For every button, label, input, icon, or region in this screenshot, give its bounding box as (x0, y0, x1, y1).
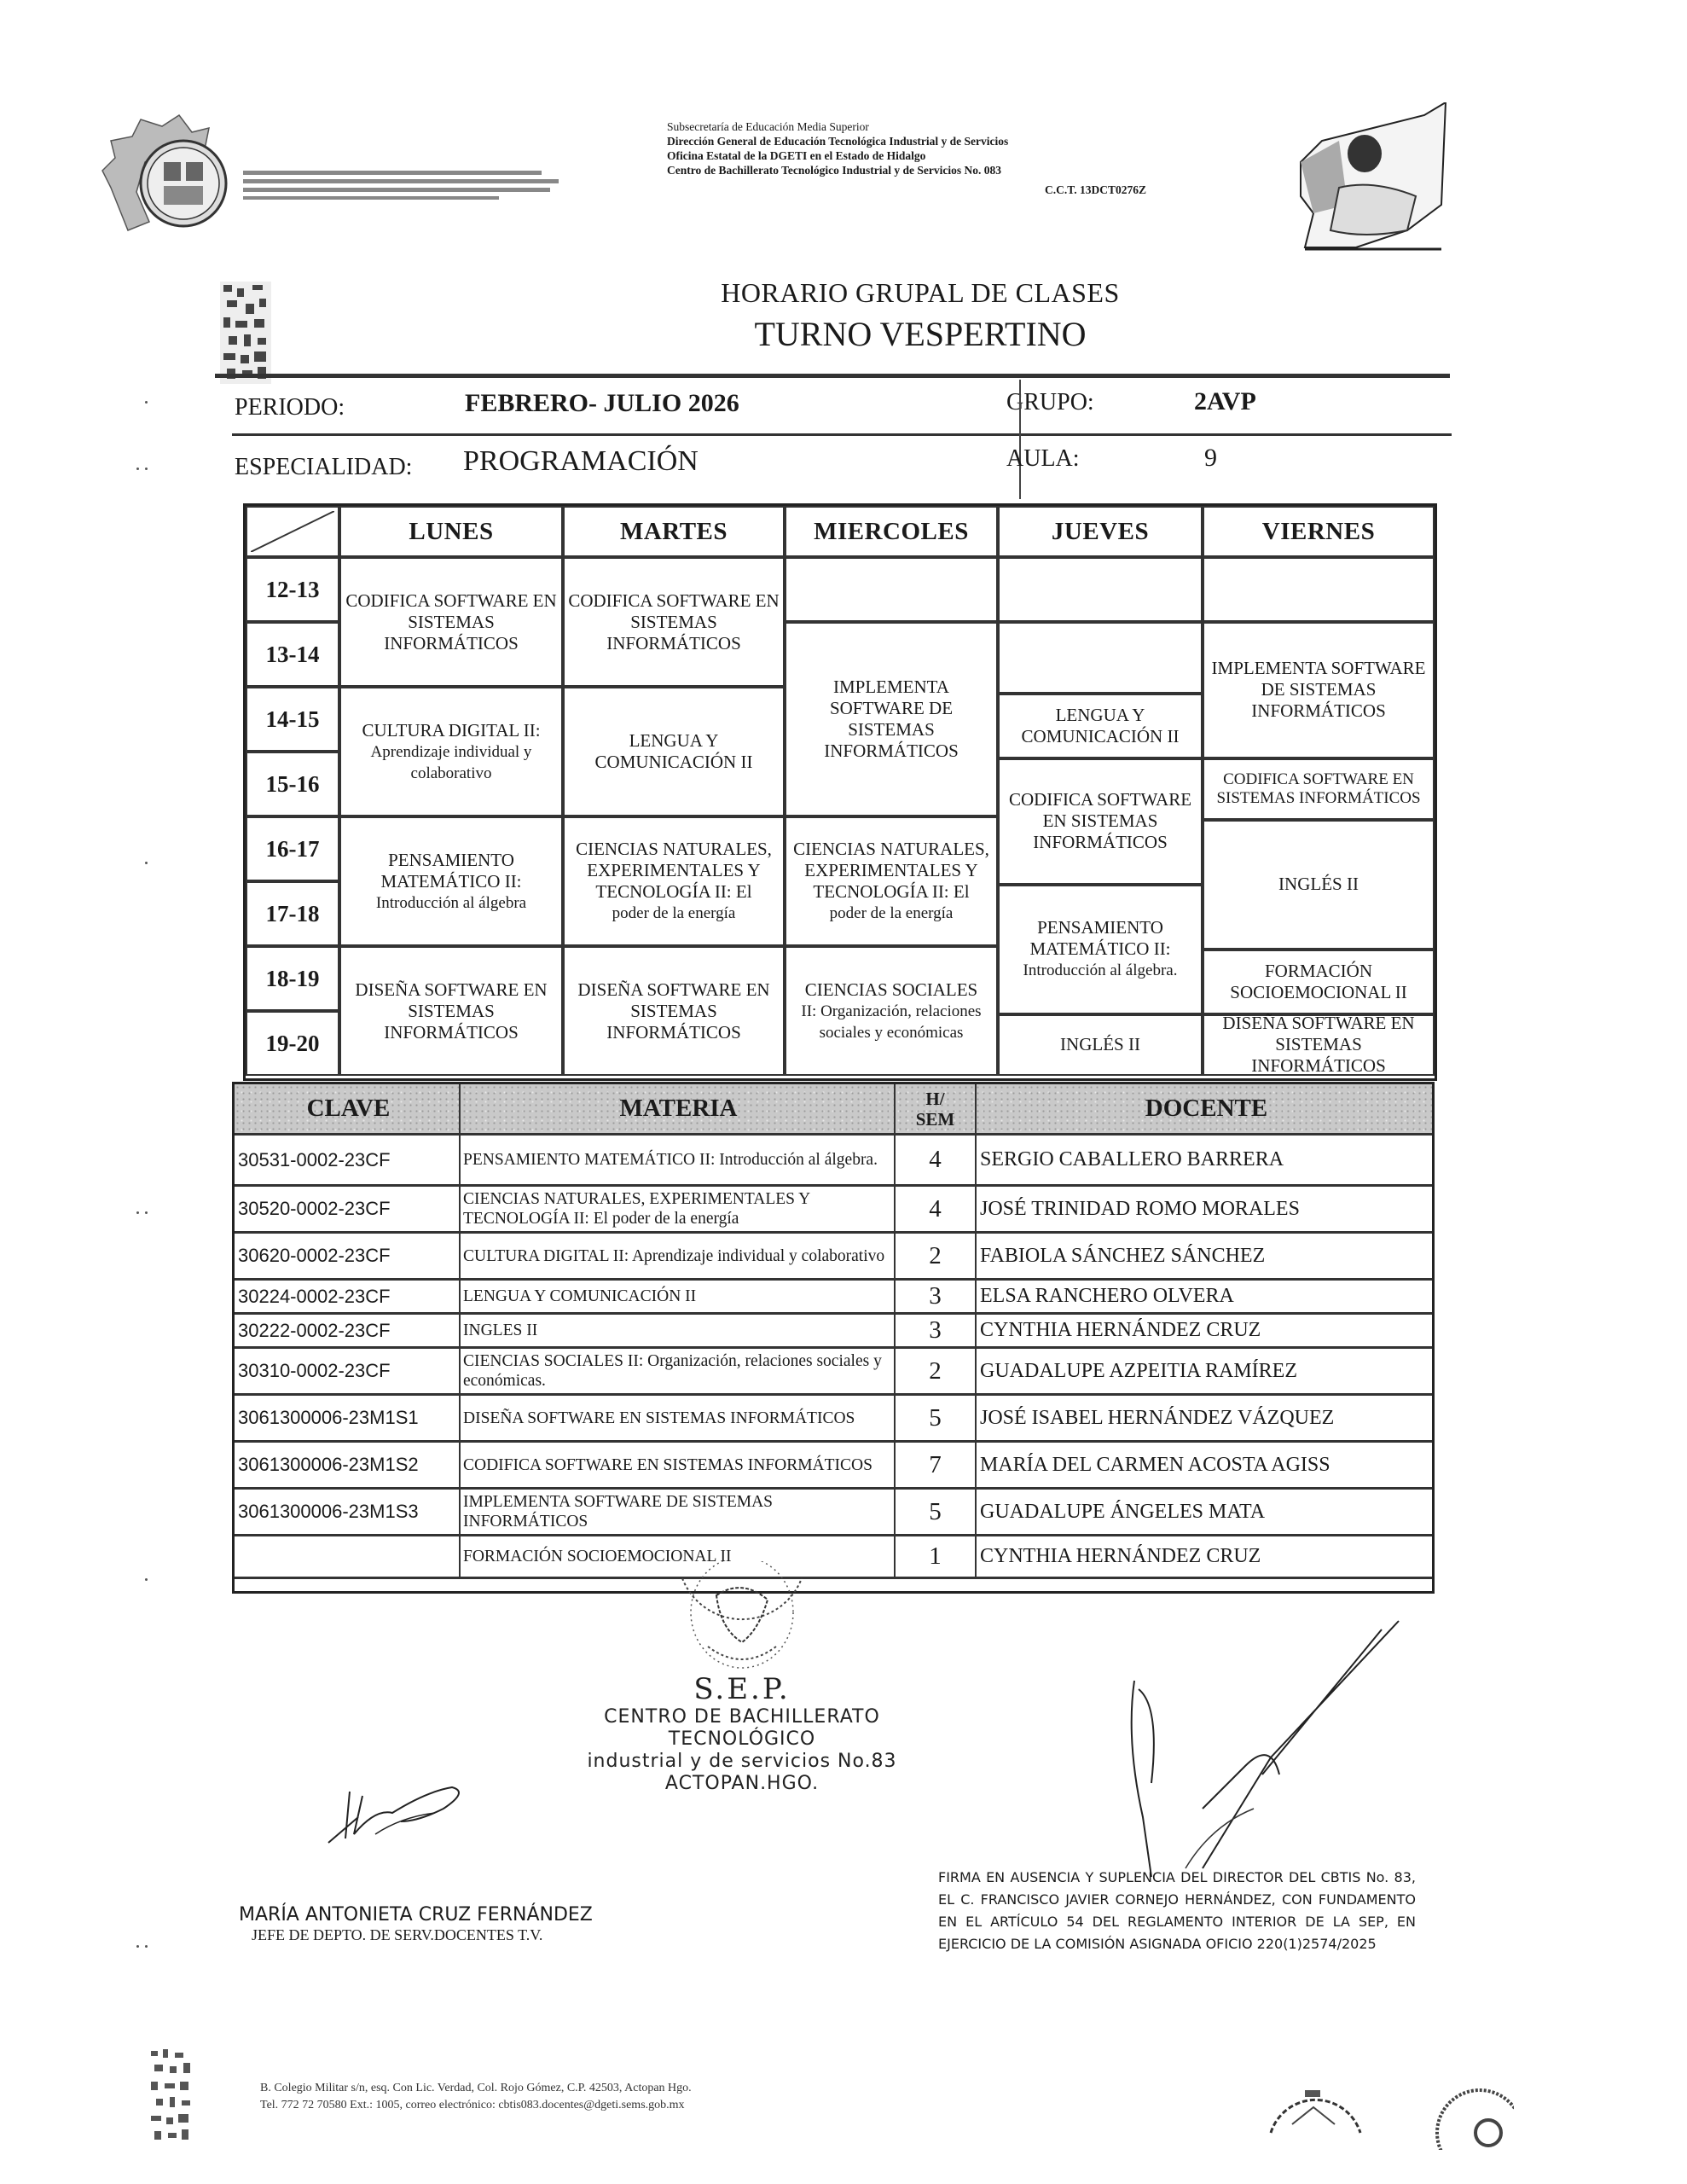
cbtis-gear-logo-icon (94, 111, 571, 239)
header-line: Oficina Estatal de la DGETI en el Estado… (667, 148, 1196, 163)
column-header-clave: CLAVE (235, 1084, 461, 1133)
info-divider (232, 433, 1452, 436)
cell-clave: 3061300006-23M1S1 (235, 1396, 461, 1440)
class-block-title: DISEÑA SOFTWARE EN SISTEMAS INFORMÁTICOS (1208, 1013, 1429, 1077)
footer-contact-line: Tel. 772 72 70580 Ext.: 1005, correo ele… (260, 2097, 692, 2114)
time-slot-label: 14-15 (246, 687, 339, 752)
stamp-line: ACTOPAN.HGO. (546, 1773, 938, 1795)
class-block: CIENCIAS NATURALES, EXPERIMENTALES Y TEC… (563, 816, 785, 946)
class-block-subtitle: II: Organización, relaciones sociales y … (790, 1001, 993, 1043)
table-row: 30620-0002-23CFCULTURA DIGITAL II: Apren… (235, 1234, 1432, 1281)
class-block: DISEÑA SOFTWARE EN SISTEMAS INFORMÁTICOS (1203, 1014, 1435, 1076)
cell-docente: CYNTHIA HERNÁNDEZ CRUZ (977, 1536, 1433, 1577)
flag-figure-logo-icon (1279, 102, 1450, 256)
class-block-title: CULTURA DIGITAL II: (345, 720, 558, 741)
table-row: 30224-0002-23CFLENGUA Y COMUNICACIÓN II3… (235, 1281, 1432, 1315)
header-line: Dirección General de Educación Tecnológi… (667, 134, 1196, 148)
cell-clave: 30520-0002-23CF (235, 1187, 461, 1231)
class-block-title: CODIFICA SOFTWARE EN SISTEMAS INFORMÁTIC… (345, 590, 558, 654)
cell-hsem: 4 (896, 1136, 977, 1184)
footer-address: B. Colegio Militar s/n, esq. Con Lic. Ve… (260, 2080, 692, 2097)
schedule-grid: LUNESMARTESMIERCOLESJUEVESVIERNES12-1313… (243, 503, 1437, 1081)
day-header-viernes: VIERNES (1203, 506, 1435, 557)
class-block-title: FORMACIÓN SOCIOEMOCIONAL II (1208, 961, 1429, 1003)
cell-hsem: 4 (896, 1187, 977, 1231)
class-block-title: PENSAMIENTO MATEMÁTICO II: (345, 850, 558, 892)
cell-clave: 30531-0002-23CF (235, 1136, 461, 1184)
cell-hsem: 2 (896, 1234, 977, 1278)
document-subtitle: TURNO VESPERTINO (0, 314, 1687, 354)
institution-header: Subsecretaría de Educación Media Superio… (667, 119, 1196, 177)
class-block-title: INGLÉS II (1060, 1034, 1140, 1055)
table-row: 3061300006-23M1S1DISEÑA SOFTWARE EN SIST… (235, 1396, 1432, 1443)
footer-contact: B. Colegio Militar s/n, esq. Con Lic. Ve… (260, 2080, 692, 2114)
grupo-value: 2AVP (1194, 387, 1256, 416)
time-slot-label: 19-20 (246, 1011, 339, 1076)
time-slot-label: 16-17 (246, 816, 339, 881)
class-block: CIENCIAS NATURALES, EXPERIMENTALES Y TEC… (785, 816, 998, 946)
especialidad-label: ESPECIALIDAD: (235, 454, 412, 481)
cell-hsem: 1 (896, 1536, 977, 1577)
class-block-title: CIENCIAS NATURALES, EXPERIMENTALES Y TEC… (568, 839, 780, 903)
table-row: 30222-0002-23CFINGLES II3CYNTHIA HERNÁND… (235, 1315, 1432, 1349)
director-substitution-note: FIRMA EN AUSENCIA Y SUPLENCIA DEL DIRECT… (938, 1867, 1416, 1955)
cell-docente: JOSÉ ISABEL HERNÁNDEZ VÁZQUEZ (977, 1396, 1433, 1440)
table-row: 30310-0002-23CFCIENCIAS SOCIALES II: Org… (235, 1349, 1432, 1396)
class-block-title: PENSAMIENTO MATEMÁTICO II: (1003, 917, 1197, 960)
especialidad-value: PROGRAMACIÓN (463, 445, 699, 478)
cell-materia: LENGUA Y COMUNICACIÓN II (461, 1281, 896, 1312)
class-block-title: CIENCIAS NATURALES, EXPERIMENTALES Y TEC… (790, 839, 993, 903)
class-block-title: INGLÉS II (1278, 874, 1359, 895)
signer-role: JEFE DE DEPTO. DE SERV.DOCENTES T.V. (252, 1926, 542, 1944)
official-seal-icon (1429, 2073, 1514, 2150)
class-block-title: CIENCIAS SOCIALES (790, 979, 993, 1001)
cell-hsem: 5 (896, 1490, 977, 1534)
header-divider (215, 374, 1450, 378)
cell-hsem: 3 (896, 1281, 977, 1312)
class-block-title: CODIFICA SOFTWARE EN SISTEMAS INFORMÁTIC… (1003, 789, 1197, 853)
header-line: Centro de Bachillerato Tecnológico Indus… (667, 163, 1196, 177)
document-title: HORARIO GRUPAL DE CLASES (0, 277, 1687, 309)
class-block: IMPLEMENTA SOFTWARE DE SISTEMAS INFORMÁT… (1203, 622, 1435, 758)
class-block-title: IMPLEMENTA SOFTWARE DE SISTEMAS INFORMÁT… (790, 677, 993, 762)
header-line: Subsecretaría de Educación Media Superio… (667, 119, 1196, 134)
class-block: LENGUA Y COMUNICACIÓN II (998, 694, 1203, 758)
class-block-subtitle: poder de la energía (790, 903, 993, 924)
cell-clave: 3061300006-23M1S2 (235, 1443, 461, 1487)
class-block-subtitle: poder de la energía (568, 903, 780, 924)
day-header-miercoles: MIERCOLES (785, 506, 998, 557)
day-header-jueves: JUEVES (998, 506, 1203, 557)
department-stamp-icon (1262, 2065, 1369, 2141)
cell-hsem: 3 (896, 1315, 977, 1346)
table-row: 3061300006-23M1S2CODIFICA SOFTWARE EN SI… (235, 1443, 1432, 1490)
class-block: PENSAMIENTO MATEMÁTICO II:Introducción a… (339, 816, 563, 946)
class-block: DISEÑA SOFTWARE EN SISTEMAS INFORMÁTICOS (563, 946, 785, 1076)
class-block-title: LENGUA Y COMUNICACIÓN II (568, 730, 780, 773)
school-stamp: S.E.P. CENTRO DE BACHILLERATO TECNOLÓGIC… (546, 1672, 938, 1795)
stamp-line: TECNOLÓGICO (546, 1728, 938, 1751)
grid-corner (246, 506, 339, 557)
cell-docente: ELSA RANCHERO OLVERA (977, 1281, 1433, 1312)
column-header-docente: DOCENTE (977, 1084, 1433, 1133)
stamp-line: industrial y de servicios No.83 (546, 1751, 938, 1773)
cell-hsem: 2 (896, 1349, 977, 1393)
class-block-title: LENGUA Y COMUNICACIÓN II (1003, 705, 1197, 747)
empty-slot (1203, 557, 1435, 622)
table-row: 30531-0002-23CFPENSAMIENTO MATEMÁTICO II… (235, 1136, 1432, 1187)
cell-hsem: 7 (896, 1443, 977, 1487)
table-row: 3061300006-23M1S3IMPLEMENTA SOFTWARE DE … (235, 1490, 1432, 1536)
diagonal-line-icon (251, 511, 334, 552)
cell-docente: GUADALUPE ÁNGELES MATA (977, 1490, 1433, 1534)
cell-docente: CYNTHIA HERNÁNDEZ CRUZ (977, 1315, 1433, 1346)
class-block-subtitle: Aprendizaje individual y colaborativo (345, 741, 558, 784)
day-header-lunes: LUNES (339, 506, 563, 557)
cell-clave: 30222-0002-23CF (235, 1315, 461, 1346)
stamp-sep: S.E.P. (546, 1672, 938, 1706)
class-block-subtitle: Introducción al álgebra (345, 892, 558, 914)
column-header-materia: MATERIA (461, 1084, 896, 1133)
cell-docente: FABIOLA SÁNCHEZ SÁNCHEZ (977, 1234, 1433, 1278)
hsem-bottom: SEM (916, 1109, 955, 1130)
time-slot-label: 12-13 (246, 557, 339, 622)
cct-code: C.C.T. 13DCT0276Z (1045, 183, 1146, 197)
cell-materia: CIENCIAS SOCIALES II: Organización, rela… (461, 1349, 896, 1393)
class-block: FORMACIÓN SOCIOEMOCIONAL II (1203, 950, 1435, 1014)
table-row: FORMACIÓN SOCIOEMOCIONAL II1CYNTHIA HERN… (235, 1536, 1432, 1579)
cell-materia: IMPLEMENTA SOFTWARE DE SISTEMAS INFORMÁT… (461, 1490, 896, 1534)
class-block: CULTURA DIGITAL II:Aprendizaje individua… (339, 687, 563, 816)
periodo-value: FEBRERO- JULIO 2026 (465, 389, 739, 418)
director-signature-icon (1100, 1612, 1407, 1894)
day-header-martes: MARTES (563, 506, 785, 557)
cell-materia: PENSAMIENTO MATEMÁTICO II: Introducción … (461, 1136, 896, 1184)
table-header-row: CLAVE MATERIA H/ SEM DOCENTE (235, 1084, 1432, 1136)
qr-code-icon (149, 2047, 194, 2148)
class-block-title: DISEÑA SOFTWARE EN SISTEMAS INFORMÁTICOS (568, 979, 780, 1043)
subjects-table: CLAVE MATERIA H/ SEM DOCENTE 30531-0002-… (232, 1082, 1435, 1594)
class-block: LENGUA Y COMUNICACIÓN II (563, 687, 785, 816)
time-slot-label: 13-14 (246, 622, 339, 687)
cell-clave (235, 1536, 461, 1577)
hsem-top: H/ (925, 1089, 944, 1109)
signer-name: MARÍA ANTONIETA CRUZ FERNÁNDEZ (239, 1904, 593, 1926)
table-row: 30520-0002-23CFCIENCIAS NATURALES, EXPER… (235, 1187, 1432, 1234)
cell-materia: INGLES II (461, 1315, 896, 1346)
time-slot-label: 15-16 (246, 752, 339, 816)
empty-slot (998, 557, 1203, 622)
class-block-subtitle: Introducción al álgebra. (1003, 960, 1197, 981)
aula-label: AULA: (1006, 445, 1080, 473)
cell-materia: CIENCIAS NATURALES, EXPERIMENTALES Y TEC… (461, 1187, 896, 1231)
cell-hsem: 5 (896, 1396, 977, 1440)
class-block: CODIFICA SOFTWARE EN SISTEMAS INFORMÁTIC… (1203, 758, 1435, 820)
column-header-hsem: H/ SEM (896, 1084, 977, 1133)
class-block: DISEÑA SOFTWARE EN SISTEMAS INFORMÁTICOS (339, 946, 563, 1076)
cell-docente: JOSÉ TRINIDAD ROMO MORALES (977, 1187, 1433, 1231)
class-block: CIENCIAS SOCIALESII: Organización, relac… (785, 946, 998, 1076)
empty-slot (785, 557, 998, 622)
cell-clave: 3061300006-23M1S3 (235, 1490, 461, 1534)
class-block: INGLÉS II (998, 1014, 1203, 1076)
cell-docente: SERGIO CABALLERO BARRERA (977, 1136, 1433, 1184)
time-slot-label: 17-18 (246, 881, 339, 946)
class-block-title: DISEÑA SOFTWARE EN SISTEMAS INFORMÁTICOS (345, 979, 558, 1043)
class-block-title: CODIFICA SOFTWARE EN SISTEMAS INFORMÁTIC… (1208, 770, 1429, 808)
cell-materia: DISEÑA SOFTWARE EN SISTEMAS INFORMÁTICOS (461, 1396, 896, 1440)
cell-docente: MARÍA DEL CARMEN ACOSTA AGISS (977, 1443, 1433, 1487)
time-slot-label: 18-19 (246, 946, 339, 1011)
info-column-divider (1019, 380, 1021, 499)
class-block: CODIFICA SOFTWARE EN SISTEMAS INFORMÁTIC… (563, 557, 785, 687)
cell-docente: GUADALUPE AZPEITIA RAMÍREZ (977, 1349, 1433, 1393)
cell-materia: CULTURA DIGITAL II: Aprendizaje individu… (461, 1234, 896, 1278)
class-block: CODIFICA SOFTWARE EN SISTEMAS INFORMÁTIC… (339, 557, 563, 687)
class-block-title: IMPLEMENTA SOFTWARE DE SISTEMAS INFORMÁT… (1208, 658, 1429, 722)
cell-materia: CODIFICA SOFTWARE EN SISTEMAS INFORMÁTIC… (461, 1443, 896, 1487)
stamp-line: CENTRO DE BACHILLERATO (546, 1706, 938, 1728)
mexico-coat-of-arms-seal-icon (657, 1561, 827, 1689)
handwritten-signature-icon (324, 1774, 478, 1851)
cell-clave: 30620-0002-23CF (235, 1234, 461, 1278)
periodo-label: PERIODO: (235, 394, 345, 421)
class-block: PENSAMIENTO MATEMÁTICO II:Introducción a… (998, 885, 1203, 1014)
class-block-title: CODIFICA SOFTWARE EN SISTEMAS INFORMÁTIC… (568, 590, 780, 654)
cell-clave: 30310-0002-23CF (235, 1349, 461, 1393)
empty-slot (998, 622, 1203, 694)
cell-clave: 30224-0002-23CF (235, 1281, 461, 1312)
class-block: INGLÉS II (1203, 820, 1435, 950)
class-block: IMPLEMENTA SOFTWARE DE SISTEMAS INFORMÁT… (785, 622, 998, 816)
class-block: CODIFICA SOFTWARE EN SISTEMAS INFORMÁTIC… (998, 758, 1203, 885)
aula-value: 9 (1204, 444, 1217, 473)
